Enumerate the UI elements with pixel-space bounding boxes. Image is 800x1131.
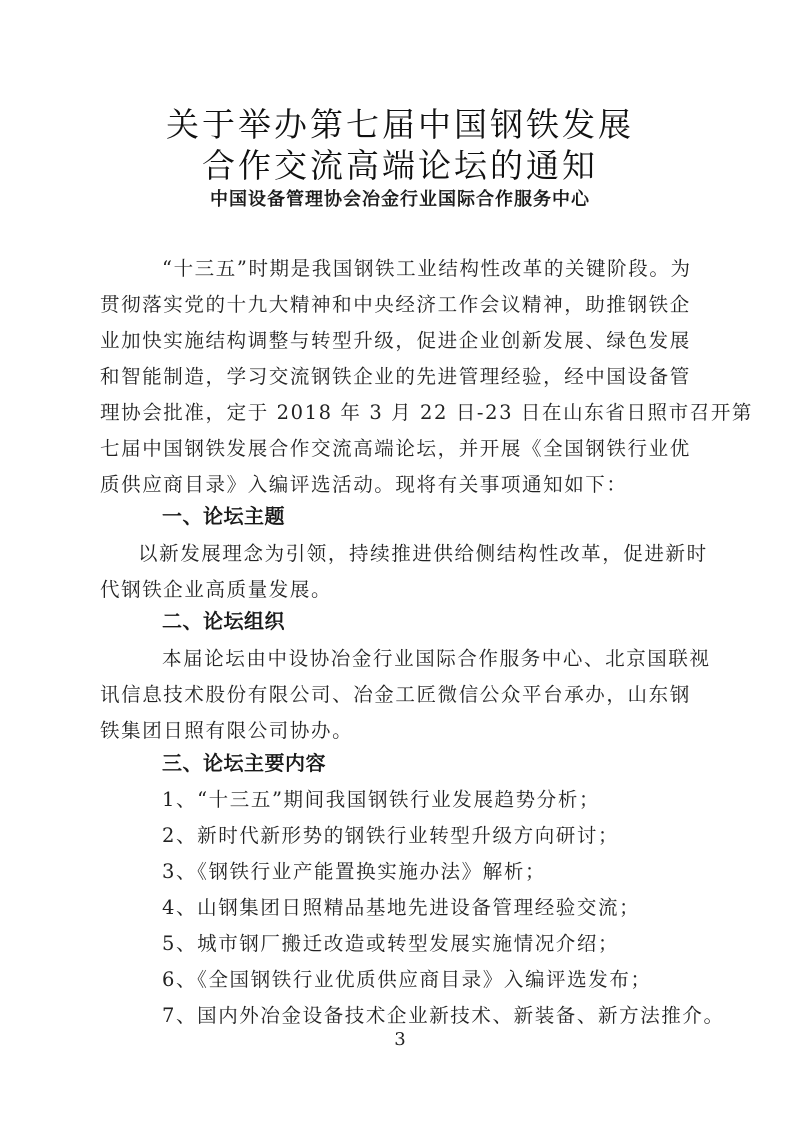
content-list-item: 6、《全国钢铁行业优质供应商目录》入编评选发布； bbox=[162, 966, 652, 993]
intro-line: “十三五”时期是我国钢铁工业结构性改革的关键阶段。为 bbox=[162, 255, 692, 282]
section-line: 铁集团日照有限公司协办。 bbox=[100, 717, 353, 744]
content-list-item: 4、山钢集团日照精品基地先进设备管理经验交流； bbox=[162, 894, 640, 921]
content-list-item: 5、城市钢厂搬迁改造或转型发展实施情况介绍； bbox=[162, 930, 619, 957]
section-heading-organization: 二、论坛组织 bbox=[162, 608, 285, 635]
document-title-line-1: 关于举办第七届中国钢铁发展 bbox=[0, 105, 800, 145]
intro-line: 质供应商目录》入编评选活动。现将有关事项通知如下： bbox=[100, 471, 628, 498]
content-list-item: 2、新时代新形势的钢铁行业转型升级方向研讨； bbox=[162, 822, 619, 849]
section-line: 代钢铁企业高质量发展。 bbox=[100, 576, 332, 603]
intro-line: 理协会批准，定于 2018 年 3 月 22 日-23 日在山东省日照市召开第 bbox=[100, 399, 753, 426]
page-number: 3 bbox=[0, 1029, 800, 1050]
section-heading-content: 三、论坛主要内容 bbox=[162, 750, 326, 777]
document-page: 关于举办第七届中国钢铁发展 合作交流高端论坛的通知 中国设备管理协会冶金行业国际… bbox=[0, 0, 800, 1131]
section-line: 以新发展理念为引领，持续推进供给侧结构性改革，促进新时 bbox=[138, 540, 708, 567]
content-list-item: 1、“十三五”期间我国钢铁行业发展趋势分析； bbox=[162, 786, 600, 813]
section-line: 讯信息技术股份有限公司、冶金工匠微信公众平台承办，山东钢 bbox=[100, 681, 691, 708]
section-line: 本届论坛由中设协冶金行业国际合作服务中心、北京国联视 bbox=[162, 645, 711, 672]
intro-line: 七届中国钢铁发展合作交流高端论坛，并开展《全国钢铁行业优 bbox=[100, 435, 691, 462]
section-heading-theme: 一、论坛主题 bbox=[162, 503, 285, 530]
issuer-organization: 中国设备管理协会冶金行业国际合作服务中心 bbox=[0, 188, 800, 212]
intro-line: 贯彻落实党的十九大精神和中央经济工作会议精神，助推钢铁企 bbox=[100, 291, 691, 318]
content-list-item: 3、《钢铁行业产能置换实施办法》解析； bbox=[162, 858, 546, 885]
document-title-line-2: 合作交流高端论坛的通知 bbox=[0, 146, 800, 186]
intro-line: 业加快实施结构调整与转型升级，促进企业创新发展、绿色发展 bbox=[100, 327, 691, 354]
content-list-item: 7、国内外冶金设备技术企业新技术、新装备、新方法推介。 bbox=[162, 1002, 725, 1029]
intro-line: 和智能制造，学习交流钢铁企业的先进管理经验，经中国设备管 bbox=[100, 363, 691, 390]
